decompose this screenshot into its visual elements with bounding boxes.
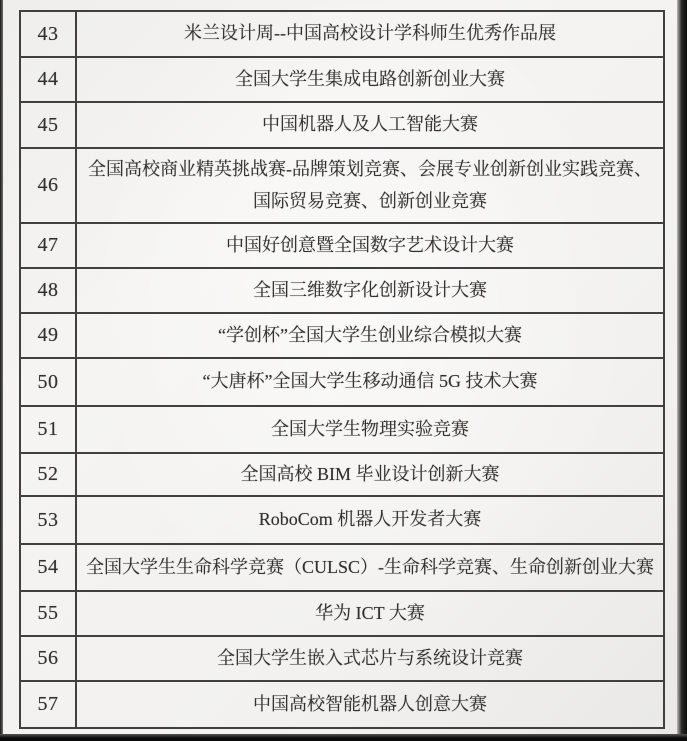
row-number: 57 bbox=[20, 681, 76, 728]
row-number: 56 bbox=[20, 636, 76, 681]
competition-name: 全国大学生生命科学竞赛（CULSC）-生命科学竞赛、生命创新创业大赛 bbox=[76, 544, 664, 591]
table-row: 49 “学创杯”全国大学生创业综合模拟大赛 bbox=[20, 313, 664, 358]
table-row: 52 全国高校 BIM 毕业设计创新大赛 bbox=[20, 453, 664, 496]
table-row: 47 中国好创意暨全国数字艺术设计大赛 bbox=[20, 223, 664, 268]
row-number: 43 bbox=[20, 11, 76, 57]
table-row: 44 全国大学生集成电路创新创业大赛 bbox=[20, 57, 664, 102]
competition-name: 全国三维数字化创新设计大赛 bbox=[76, 268, 664, 313]
row-number: 53 bbox=[20, 496, 76, 544]
row-number: 45 bbox=[20, 102, 76, 148]
photo-edge-right bbox=[677, 0, 687, 741]
table-row: 57 中国高校智能机器人创意大赛 bbox=[20, 681, 664, 728]
photo-edge-bottom bbox=[0, 734, 687, 741]
competition-name: 中国机器人及人工智能大赛 bbox=[76, 102, 664, 148]
table-row: 43 米兰设计周--中国高校设计学科师生优秀作品展 bbox=[20, 11, 664, 57]
competition-name: 中国好创意暨全国数字艺术设计大赛 bbox=[76, 223, 664, 268]
competition-name: RoboCom 机器人开发者大赛 bbox=[76, 496, 664, 544]
table-row: 46 全国高校商业精英挑战赛-品牌策划竞赛、会展专业创新创业实践竞赛、国际贸易竞… bbox=[20, 148, 664, 223]
row-number: 54 bbox=[20, 544, 76, 591]
competition-name: 中国高校智能机器人创意大赛 bbox=[76, 681, 664, 728]
row-number: 48 bbox=[20, 268, 76, 313]
row-number: 55 bbox=[20, 591, 76, 636]
competition-name: “大唐杯”全国大学生移动通信 5G 技术大赛 bbox=[76, 358, 664, 406]
table-row: 53 RoboCom 机器人开发者大赛 bbox=[20, 496, 664, 544]
table-row: 45 中国机器人及人工智能大赛 bbox=[20, 102, 664, 148]
competition-list-table: 43 米兰设计周--中国高校设计学科师生优秀作品展 44 全国大学生集成电路创新… bbox=[19, 10, 665, 729]
competition-name: 全国高校 BIM 毕业设计创新大赛 bbox=[76, 453, 664, 496]
competition-name: 全国大学生集成电路创新创业大赛 bbox=[76, 57, 664, 102]
row-number: 44 bbox=[20, 57, 76, 102]
competition-name: 全国大学生物理实验竞赛 bbox=[76, 406, 664, 453]
table-row: 55 华为 ICT 大赛 bbox=[20, 591, 664, 636]
table-row: 48 全国三维数字化创新设计大赛 bbox=[20, 268, 664, 313]
row-number: 50 bbox=[20, 358, 76, 406]
row-number: 46 bbox=[20, 148, 76, 223]
table-row: 51 全国大学生物理实验竞赛 bbox=[20, 406, 664, 453]
table-row: 56 全国大学生嵌入式芯片与系统设计竞赛 bbox=[20, 636, 664, 681]
photo-edge-left bbox=[0, 0, 3, 741]
table-row: 50 “大唐杯”全国大学生移动通信 5G 技术大赛 bbox=[20, 358, 664, 406]
competition-name: “学创杯”全国大学生创业综合模拟大赛 bbox=[76, 313, 664, 358]
competition-name: 全国高校商业精英挑战赛-品牌策划竞赛、会展专业创新创业实践竞赛、国际贸易竞赛、创… bbox=[76, 148, 664, 223]
competition-name: 华为 ICT 大赛 bbox=[76, 591, 664, 636]
table-row: 54 全国大学生生命科学竞赛（CULSC）-生命科学竞赛、生命创新创业大赛 bbox=[20, 544, 664, 591]
row-number: 47 bbox=[20, 223, 76, 268]
competition-name: 米兰设计周--中国高校设计学科师生优秀作品展 bbox=[76, 11, 664, 57]
row-number: 51 bbox=[20, 406, 76, 453]
row-number: 52 bbox=[20, 453, 76, 496]
competition-name: 全国大学生嵌入式芯片与系统设计竞赛 bbox=[76, 636, 664, 681]
row-number: 49 bbox=[20, 313, 76, 358]
